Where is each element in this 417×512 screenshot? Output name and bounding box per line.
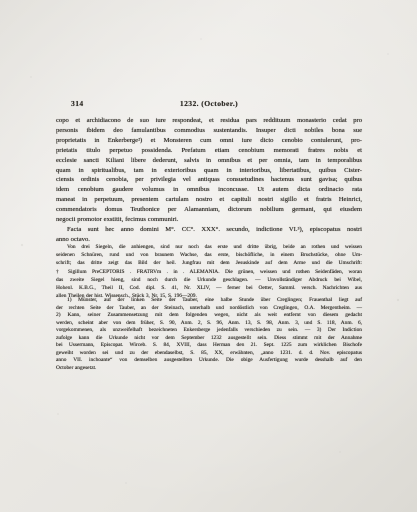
text-line: ecclesie sancti Kiliani libere dederunt,… (56, 156, 362, 166)
page-header: 314 1232. (October.) (56, 99, 362, 108)
text-line: seidenen Schnüren, rund und von braunem … (56, 251, 362, 259)
text-line: bei Ussermann, Episcopat. Wirceb. S. 84,… (56, 342, 362, 350)
footnotes: 1) Münster, auf der linken Seite der Tau… (56, 297, 362, 372)
text-line: das zweite Siegel hieng, sind noch durch… (56, 276, 362, 284)
date-heading: 1232. (October.) (56, 99, 362, 108)
text-line: 1) Münster, auf der linken Seite der Tau… (56, 297, 362, 305)
text-line: proprietatis in Enkerberge²) et Monstere… (56, 136, 362, 146)
text-line: Facta sunt hec anno domini M°. CC°. XXX°… (56, 225, 362, 235)
text-line: Von drei Siegeln, die anhiengen, sind nu… (56, 243, 362, 251)
text-line: maneat in perpetuum, presentem cartulam … (56, 195, 362, 205)
text-line: † Sigillum PreCEPTORIS . FRATRVm . in . … (56, 268, 362, 276)
text-line: commendatoris domus Teuthonice per Alama… (56, 205, 362, 215)
charter-text: copo et archidiacono de suo iure respond… (56, 116, 362, 245)
text-line: geweiht worden sei und zu der ebendaselb… (56, 350, 362, 358)
text-line: der rechten Seite der Tauber, an der Ste… (56, 305, 362, 313)
text-line: anno VII. inchoante“ von demselben ausge… (56, 357, 362, 365)
charter-body: copo et archidiacono de suo iure respond… (56, 116, 362, 225)
text-line: October angesetzt. (56, 365, 362, 373)
text-line: negocii promotor exstitit, fecimus commu… (56, 215, 362, 225)
charter-dating: Facta sunt hec anno domini M°. CC°. XXX°… (56, 225, 362, 245)
text-line: zufolge kann die Urkunde nicht vor dem S… (56, 335, 362, 343)
text-line: idem cenobium gaudere volumus in omnibus… (56, 185, 362, 195)
text-line: personis ibidem deo famulantibus commodi… (56, 126, 362, 136)
text-line: ciensis ordinis cenobia, per privilegia … (56, 175, 362, 185)
text-line: schrift; das dritte zeigt das Bild der h… (56, 259, 362, 267)
seal-note: Von drei Siegeln, die anhiengen, sind nu… (56, 243, 362, 300)
scanned-page: 314 1232. (October.) copo et archidiacon… (0, 0, 417, 512)
text-line: Hohenl. K.B.G., Theil II, Cod. dipl. S. … (56, 284, 362, 292)
text-line: prietatis titulo perpetuo possidenda. Pr… (56, 146, 362, 156)
text-line: copo et archidiacono de suo iure respond… (56, 116, 362, 126)
text-line: vorgekommenen, als unzweifelhaft bezeich… (56, 327, 362, 335)
text-line: quam in spiritualibus, tam in exteriorib… (56, 166, 362, 176)
text-line: werden, scheint aber von dem früher, S. … (56, 320, 362, 328)
page-number: 314 (71, 99, 84, 108)
text-line: 2) Kann, seiner Zusammensetzung mit dem … (56, 312, 362, 320)
